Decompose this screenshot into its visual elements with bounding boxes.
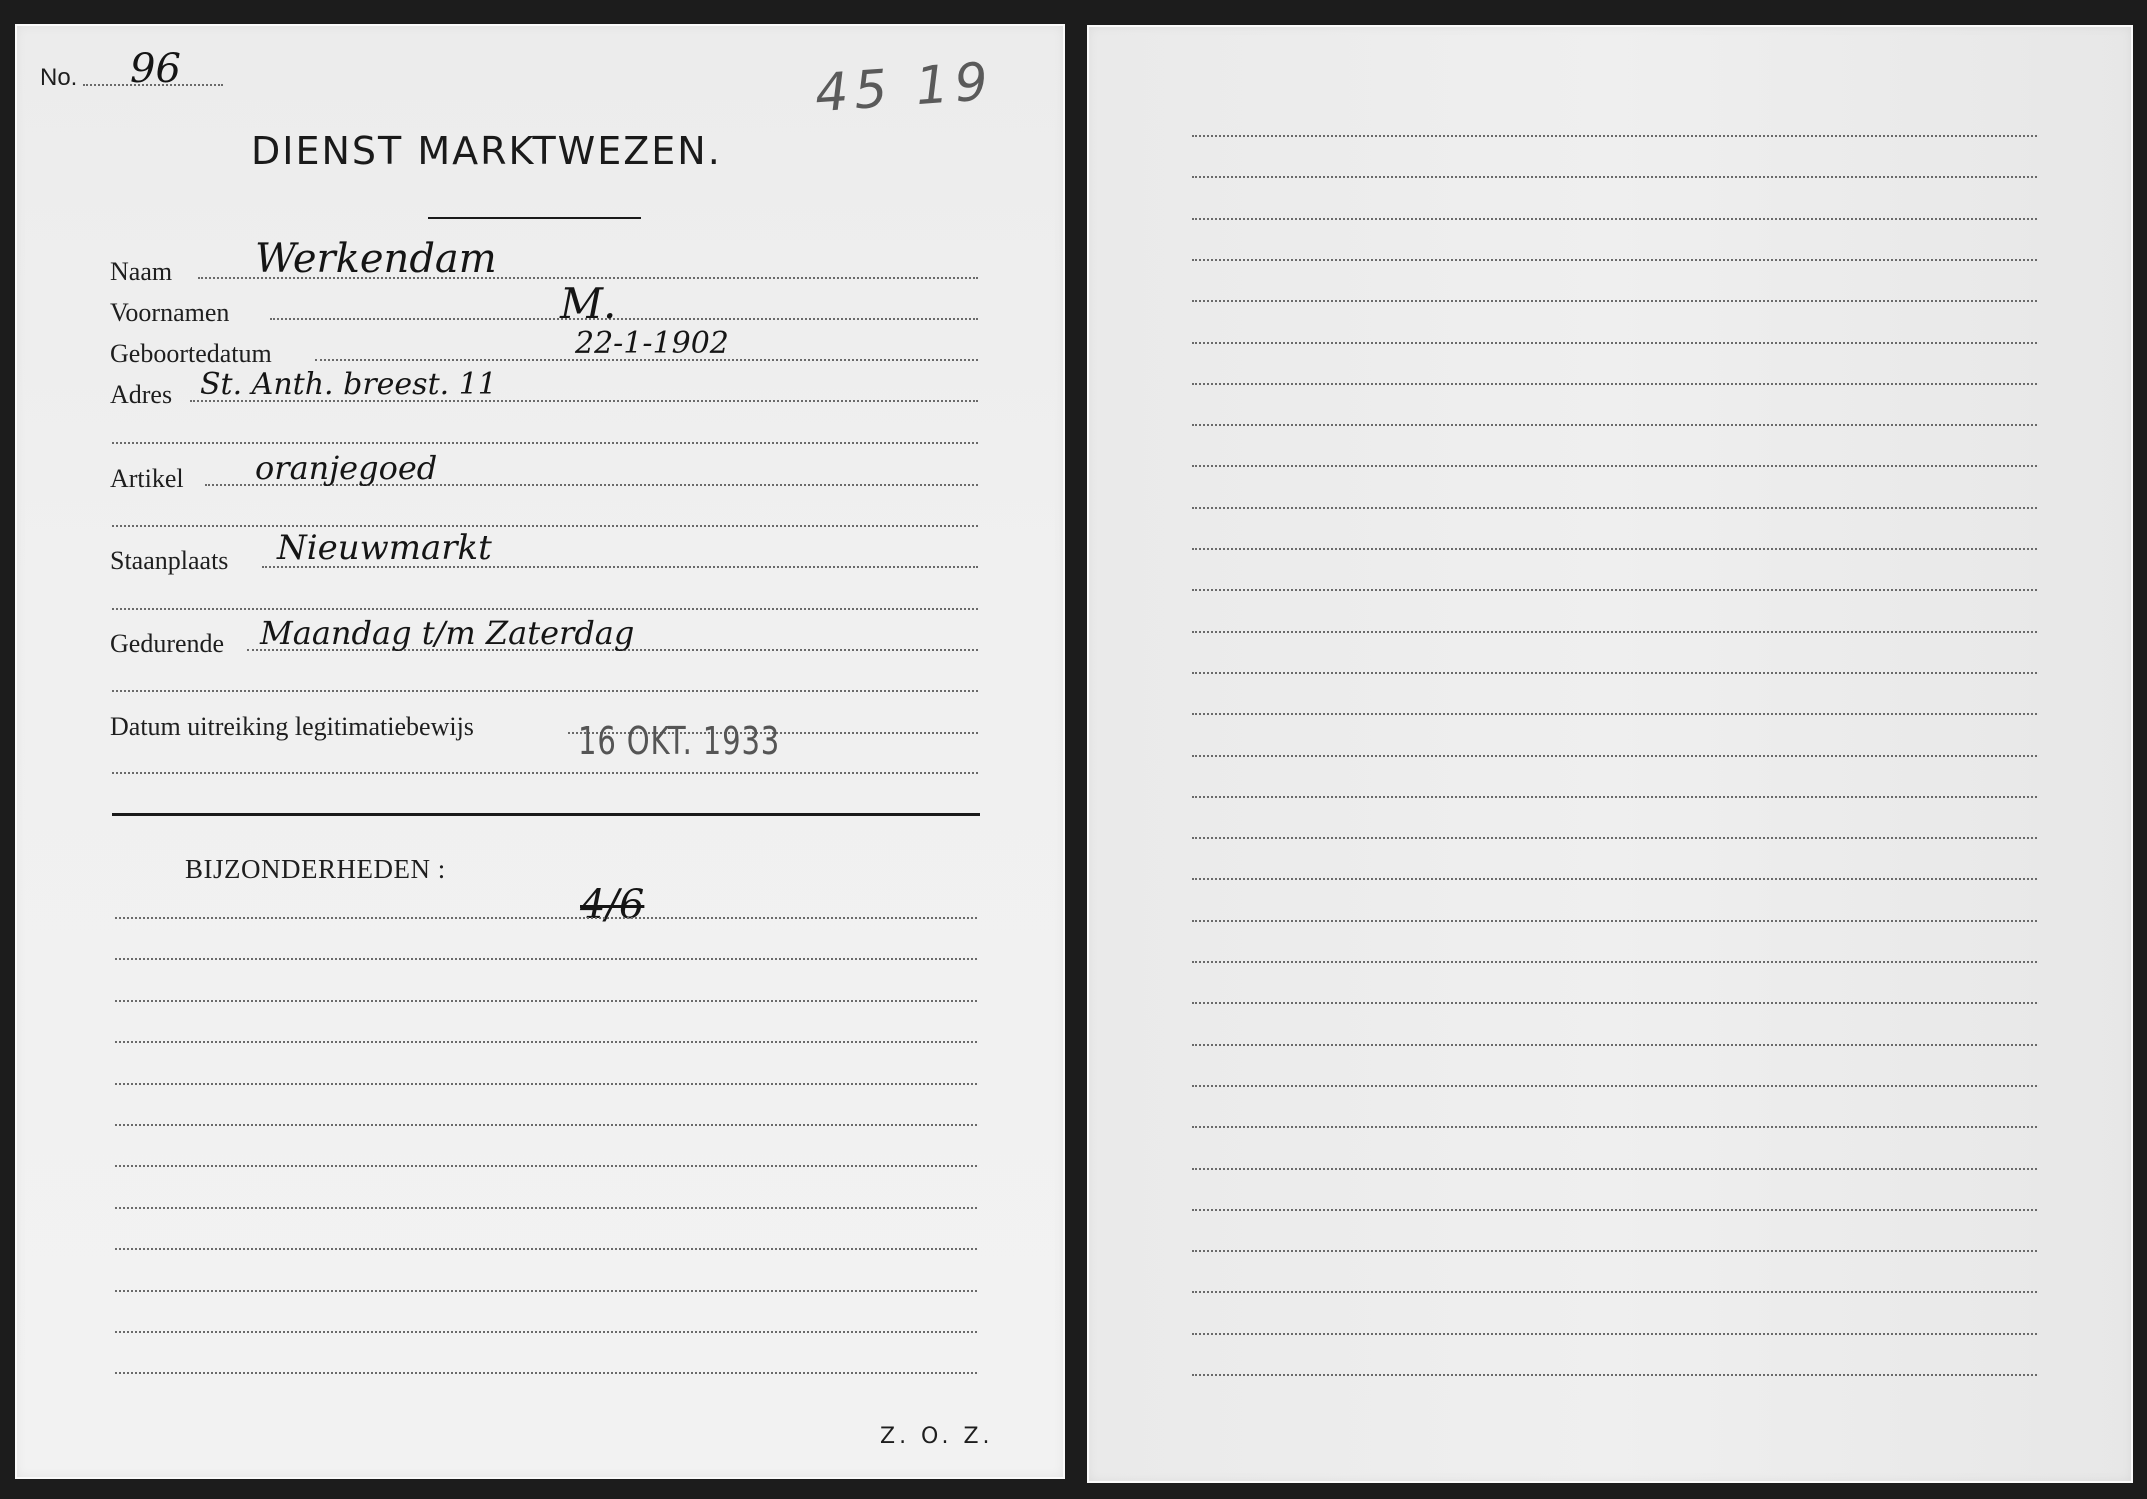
label-geboortedatum: Geboortedatum xyxy=(110,339,272,369)
pencil-note: 45 19 xyxy=(813,52,996,124)
remarks-label: BIJZONDERHEDEN : xyxy=(185,854,446,885)
value-voornamen: M. xyxy=(560,279,616,328)
remarks-struck-value: 4/6 xyxy=(580,882,644,928)
label-adres: Adres xyxy=(110,380,172,410)
ruled-line xyxy=(1192,465,2037,467)
label-voornamen: Voornamen xyxy=(110,298,229,328)
ruled-line xyxy=(115,1290,977,1292)
footer-zoz: Z. O. Z. xyxy=(880,1424,994,1449)
ruled-line xyxy=(1192,300,2037,302)
ruled-line xyxy=(1192,218,2037,220)
date-stamp: 16 OKT. 1933 xyxy=(578,719,780,763)
number-value: 96 xyxy=(130,46,181,92)
ruled-line xyxy=(1192,796,2037,798)
ruled-line xyxy=(1192,961,2037,963)
line-blank xyxy=(112,525,978,527)
label-datum-uitreiking: Datum uitreiking legitimatiebewijs xyxy=(110,712,474,742)
section-divider xyxy=(112,813,980,816)
line-blank xyxy=(112,772,978,774)
ruled-line xyxy=(1192,548,2037,550)
ruled-line xyxy=(1192,713,2037,715)
ruled-line xyxy=(1192,920,2037,922)
ruled-line xyxy=(115,1372,977,1374)
label-artikel: Artikel xyxy=(110,464,184,494)
ruled-line xyxy=(1192,1250,2037,1252)
ruled-line xyxy=(1192,837,2037,839)
card-title: DIENST MARKTWEZEN. xyxy=(251,129,722,173)
ruled-line xyxy=(1192,631,2037,633)
number-label: No. xyxy=(40,64,77,92)
ruled-line xyxy=(1192,1291,2037,1293)
value-gedurende: Maandag t/m Zaterdag xyxy=(260,614,634,652)
value-adres: St. Anth. breest. 11 xyxy=(200,367,497,402)
ruled-line xyxy=(115,1124,977,1126)
ruled-line xyxy=(1192,755,2037,757)
ruled-line xyxy=(115,1207,977,1209)
ruled-line xyxy=(1192,878,2037,880)
value-staanplaats: Nieuwmarkt xyxy=(277,528,492,568)
ruled-line xyxy=(1192,383,2037,385)
line-voornamen xyxy=(270,318,978,320)
ruled-line xyxy=(115,1000,977,1002)
card-back xyxy=(1087,25,2133,1483)
ruled-line xyxy=(1192,1209,2037,1211)
ruled-line xyxy=(115,958,977,960)
value-geboortedatum: 22-1-1902 xyxy=(575,326,729,361)
ruled-line xyxy=(115,917,977,919)
ruled-line xyxy=(115,1165,977,1167)
ruled-line xyxy=(1192,135,2037,137)
label-gedurende: Gedurende xyxy=(110,629,224,659)
ruled-line xyxy=(1192,1044,2037,1046)
ruled-line xyxy=(115,1248,977,1250)
ruled-line xyxy=(1192,1085,2037,1087)
ruled-line xyxy=(1192,424,2037,426)
line-blank xyxy=(112,608,978,610)
card-front: No. 96 45 19 DIENST MARKTWEZEN. Naam Wer… xyxy=(15,24,1065,1479)
ruled-line xyxy=(1192,1168,2037,1170)
ruled-line xyxy=(115,1041,977,1043)
label-staanplaats: Staanplaats xyxy=(110,546,228,576)
ruled-line xyxy=(1192,176,2037,178)
value-artikel: oranjegoed xyxy=(255,449,437,487)
value-naam: Werkendam xyxy=(255,236,497,282)
ruled-line xyxy=(1192,259,2037,261)
line-blank xyxy=(112,690,978,692)
line-blank xyxy=(112,442,978,444)
ruled-line xyxy=(1192,507,2037,509)
title-rule xyxy=(428,217,641,219)
ruled-line xyxy=(1192,589,2037,591)
ruled-line xyxy=(115,1331,977,1333)
ruled-line xyxy=(1192,1374,2037,1376)
ruled-line xyxy=(115,1083,977,1085)
ruled-line xyxy=(1192,342,2037,344)
ruled-line xyxy=(1192,672,2037,674)
ruled-line xyxy=(1192,1002,2037,1004)
ruled-line xyxy=(1192,1126,2037,1128)
ruled-line xyxy=(1192,1333,2037,1335)
label-naam: Naam xyxy=(110,257,172,287)
